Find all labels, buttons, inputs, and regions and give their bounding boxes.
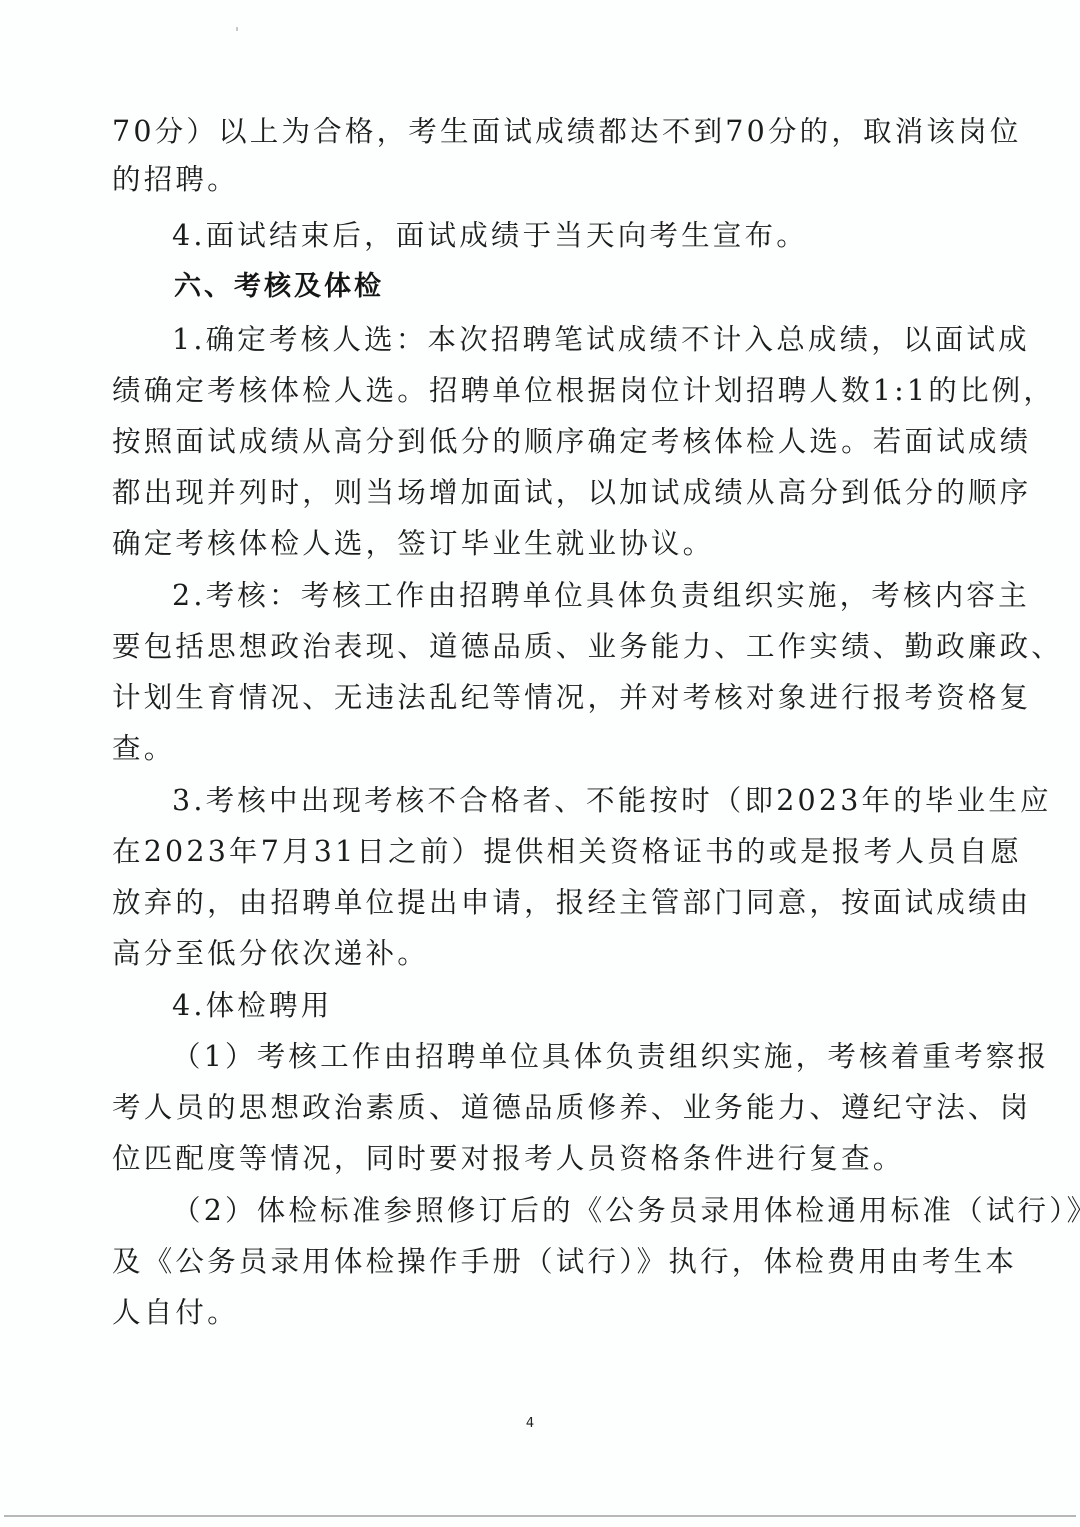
paragraph-line: 都出现并列时，则当场增加面试，以加试成绩从高分到低分的顺序 bbox=[112, 475, 968, 511]
section-heading: 六、考核及体检 bbox=[174, 269, 1030, 305]
scan-artifact bbox=[236, 27, 238, 31]
paragraph-line: 位匹配度等情况，同时要对报考人员资格条件进行复查。 bbox=[112, 1141, 968, 1177]
paragraph-line: 在2023年7月31日之前）提供相关资格证书的或是报考人员自愿 bbox=[112, 834, 968, 870]
paragraph-line: 2.考核：考核工作由招聘单位具体负责组织实施，考核内容主 bbox=[172, 578, 968, 614]
paragraph-line: 确定考核体检人选，签订毕业生就业协议。 bbox=[112, 526, 968, 562]
document-page: 70分）以上为合格，考生面试成绩都达不到70分的，取消该岗位 的招聘。 4.面试… bbox=[0, 0, 1080, 1527]
paragraph-line: 查。 bbox=[112, 731, 968, 767]
paragraph-line: 绩确定考核体检人选。招聘单位根据岗位计划招聘人数1:1的比例， bbox=[112, 373, 968, 409]
paragraph-line: 计划生育情况、无违法乱纪等情况，并对考核对象进行报考资格复 bbox=[112, 680, 968, 716]
paragraph-line: 70分）以上为合格，考生面试成绩都达不到70分的，取消该岗位 bbox=[112, 114, 968, 150]
paragraph-line: 高分至低分依次递补。 bbox=[112, 936, 968, 972]
subsection-title: 4.体检聘用 bbox=[172, 988, 968, 1024]
paragraph-line: 放弃的，由招聘单位提出申请，报经主管部门同意，按面试成绩由 bbox=[112, 885, 968, 921]
paragraph-line: 的招聘。 bbox=[112, 162, 968, 198]
paragraph-line: 及《公务员录用体检操作手册（试行）》执行，体检费用由考生本 bbox=[112, 1244, 968, 1280]
paragraph-line: 要包括思想政治表现、道德品质、业务能力、工作实绩、勤政廉政、 bbox=[112, 629, 968, 665]
paragraph-line: 1.确定考核人选：本次招聘笔试成绩不计入总成绩，以面试成 bbox=[172, 322, 968, 358]
paragraph-line: （2）体检标准参照修订后的《公务员录用体检通用标准（试行）》 bbox=[172, 1193, 968, 1229]
paragraph-line: 3.考核中出现考核不合格者、不能按时（即2023年的毕业生应 bbox=[172, 783, 968, 819]
paragraph-line: 按照面试成绩从高分到低分的顺序确定考核体检人选。若面试成绩 bbox=[112, 424, 968, 460]
paragraph-line: 考人员的思想政治素质、道德品质修养、业务能力、遵纪守法、岗 bbox=[112, 1090, 968, 1126]
paragraph-line: 人自付。 bbox=[112, 1295, 968, 1331]
paragraph-line: （1）考核工作由招聘单位具体负责组织实施，考核着重考察报 bbox=[172, 1039, 968, 1075]
scan-edge-divider bbox=[4, 1515, 1076, 1517]
page-number: 4 bbox=[520, 1416, 540, 1431]
paragraph-line: 4.面试结束后，面试成绩于当天向考生宣布。 bbox=[172, 218, 968, 254]
